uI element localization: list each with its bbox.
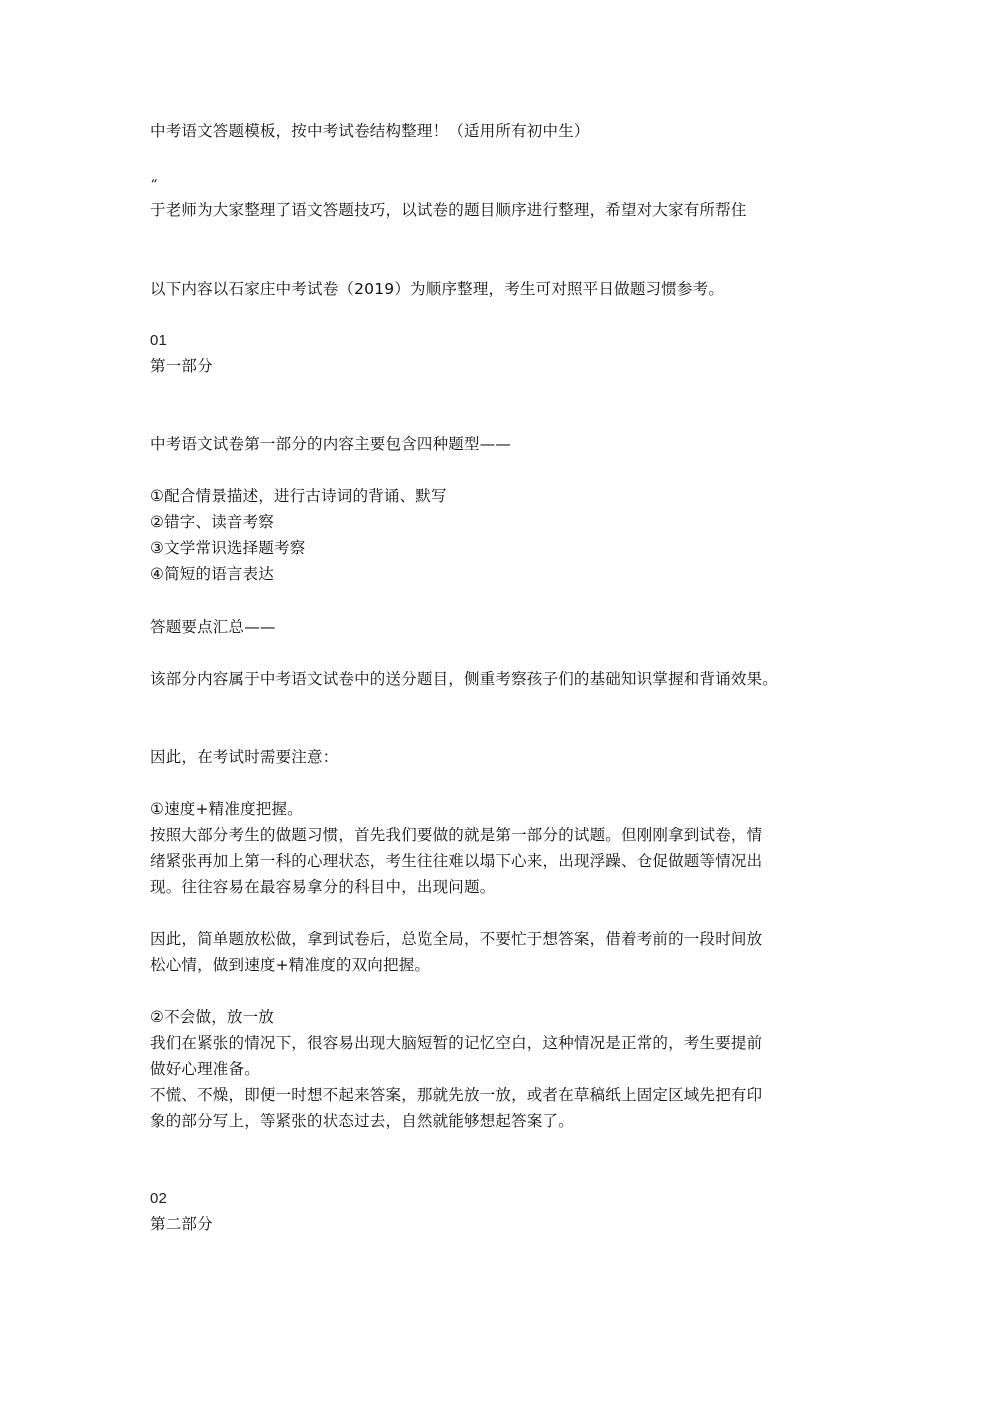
tip-title: ①速度+精准度把握。 xyxy=(150,799,303,819)
order-note: 以下内容以石家庄中考试卷（2019）为顺序整理，考生可对照平日做题习惯参考。 xyxy=(150,279,724,299)
question-type-item: ②错字、读音考察 xyxy=(150,512,274,532)
document-page: 中考语文答题模板，按中考试卷结构整理！（适用所有初中生） “ 于老师为大家整理了… xyxy=(0,0,993,1404)
attention-line: 因此，在考试时需要注意： xyxy=(150,747,338,767)
question-type-item: ①配合情景描述，进行古诗词的背诵、默写 xyxy=(150,486,447,506)
tip-body-line: 按照大部分考生的做题习惯，首先我们要做的就是第一部分的试题。但刚刚拿到试卷，情 xyxy=(150,825,762,845)
tip-body-line: 现。往往容易在最容易拿分的科目中，出现问题。 xyxy=(150,877,495,897)
tip-body-line: 因此，简单题放松做，拿到试卷后，总览全局，不要忙于想答案，借着考前的一段时间放 xyxy=(150,929,762,949)
section-number-01: 01 xyxy=(150,331,167,351)
summary-paragraph: 该部分内容属于中考语文试卷中的送分题目，侧重考察孩子们的基础知识掌握和背诵效果。 xyxy=(150,669,778,689)
quote-mark: “ xyxy=(150,176,157,196)
section-number-02: 02 xyxy=(150,1189,167,1209)
tip-body-line: 象的部分写上，等紧张的状态过去，自然就能够想起答案了。 xyxy=(150,1111,574,1131)
tip-body-line: 绪紧张再加上第一科的心理状态，考生往往难以塌下心来，出现浮躁、仓促做题等情况出 xyxy=(150,851,762,871)
summary-heading: 答题要点汇总—— xyxy=(150,617,276,637)
tip-title: ②不会做，放一放 xyxy=(150,1007,274,1027)
tip-body-line: 不慌、不燥，即便一时想不起来答案，那就先放一放，或者在草稿纸上固定区域先把有印 xyxy=(150,1085,762,1105)
section-lead: 中考语文试卷第一部分的内容主要包含四种题型—— xyxy=(150,434,511,454)
section-heading-01: 第一部分 xyxy=(150,356,213,376)
question-type-item: ③文学常识选择题考察 xyxy=(150,538,305,558)
tip-body-line: 我们在紧张的情况下，很容易出现大脑短暂的记忆空白，这种情况是正常的，考生要提前 xyxy=(150,1033,762,1053)
tip-body-line: 做好心理准备。 xyxy=(150,1059,260,1079)
section-heading-02: 第二部分 xyxy=(150,1214,213,1234)
question-type-item: ④简短的语言表达 xyxy=(150,564,274,584)
tip-body-line: 松心情，做到速度+精准度的双向把握。 xyxy=(150,955,430,975)
document-title: 中考语文答题模板，按中考试卷结构整理！（适用所有初中生） xyxy=(150,121,590,141)
intro-paragraph: 于老师为大家整理了语文答题技巧，以试卷的题目顺序进行整理，希望对大家有所帮住 xyxy=(150,200,747,220)
